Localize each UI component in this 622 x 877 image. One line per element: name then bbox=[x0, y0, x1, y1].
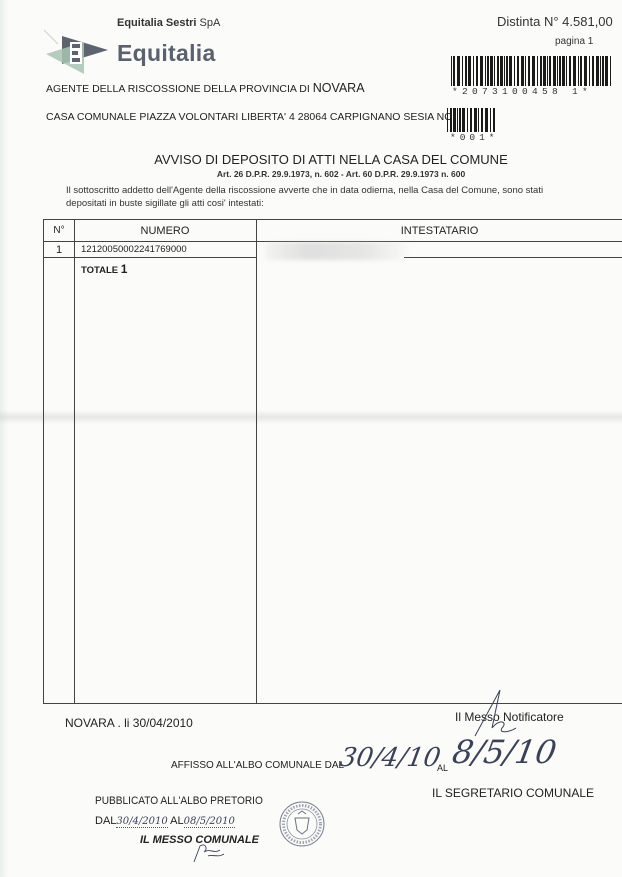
row-1-intestatario-redacted bbox=[266, 242, 406, 260]
barcode-secondary bbox=[447, 108, 495, 132]
pubblicato-label: PUBBLICATO ALL'ALBO PRETORIO bbox=[95, 795, 263, 807]
pub-from-date: 30/4/2010 bbox=[116, 816, 167, 828]
total-value: 1 bbox=[121, 262, 128, 276]
company-name-text: Equitalia Sestri bbox=[117, 17, 196, 29]
barcode-secondary-text: *001* bbox=[450, 132, 499, 143]
affisso-from-date: 30/4/10 bbox=[337, 743, 443, 773]
address-line: CASA COMUNALE PIAZZA VOLONTARI LIBERTA' … bbox=[46, 111, 452, 123]
pub-to-date: 08/5/2010 bbox=[184, 816, 235, 828]
notice-intro: Il sottoscritto addetto dell'Agente dell… bbox=[66, 184, 586, 210]
total-label: TOTALE bbox=[81, 265, 118, 276]
column-divider bbox=[256, 220, 257, 703]
equitalia-logo-icon bbox=[44, 28, 108, 74]
company-suffix: SpA bbox=[200, 17, 221, 29]
row-1-numero: 12120050002241769000 bbox=[81, 244, 187, 255]
notice-legal-reference: Art. 26 D.P.R. 29.9.1973, n. 602 - Art. … bbox=[0, 169, 622, 179]
place-date: NOVARA . li 30/04/2010 bbox=[65, 716, 193, 730]
barcode-main bbox=[451, 56, 611, 86]
brand-name: Equitalia bbox=[117, 40, 216, 67]
province: NOVARA bbox=[313, 81, 365, 95]
signature-messo-comunale-icon bbox=[190, 840, 230, 864]
row-1-n: 1 bbox=[44, 244, 74, 256]
distinta-number: Distinta N° 4.581,00 bbox=[497, 14, 613, 29]
affisso-to-date: 8/5/10 bbox=[450, 733, 560, 771]
agent-line-text: AGENTE DELLA RISCOSSIONE DELLA PROVINCIA… bbox=[46, 83, 310, 95]
deposit-table: N° NUMERO INTESTATARIO 1 121200500022417… bbox=[43, 219, 622, 704]
barcode-main-text: *2073100458 1* bbox=[452, 86, 612, 97]
column-header-intestatario: INTESTATARIO bbox=[256, 225, 622, 237]
pubblicato-period: DAL30/4/2010 AL08/5/2010 bbox=[95, 815, 235, 827]
row-divider bbox=[44, 257, 257, 258]
scan-edge bbox=[0, 0, 8, 877]
row-divider bbox=[404, 257, 622, 258]
company-name: Equitalia Sestri SpA bbox=[117, 17, 220, 29]
agent-line: AGENTE DELLA RISCOSSIONE DELLA PROVINCIA… bbox=[46, 81, 365, 95]
notice-title: AVVISO DI DEPOSITO DI ATTI NELLA CASA DE… bbox=[0, 152, 622, 167]
segretario-comunale-label: IL SEGRETARIO COMUNALE bbox=[432, 786, 594, 800]
total-row: TOTALE 1 bbox=[81, 262, 127, 276]
pub-al-label: AL bbox=[170, 815, 183, 827]
column-header-numero: NUMERO bbox=[74, 225, 256, 237]
page-number: pagina 1 bbox=[555, 36, 593, 47]
pub-dal-label: DAL bbox=[95, 815, 116, 827]
column-header-n: N° bbox=[44, 225, 74, 236]
municipal-seal-stamp-icon bbox=[278, 800, 326, 848]
affisso-label: AFFISSO ALL'ALBO COMUNALE DAL bbox=[171, 760, 344, 771]
column-divider bbox=[74, 220, 75, 703]
signature-messo-icon bbox=[470, 688, 540, 738]
al-label: AL bbox=[437, 763, 448, 773]
